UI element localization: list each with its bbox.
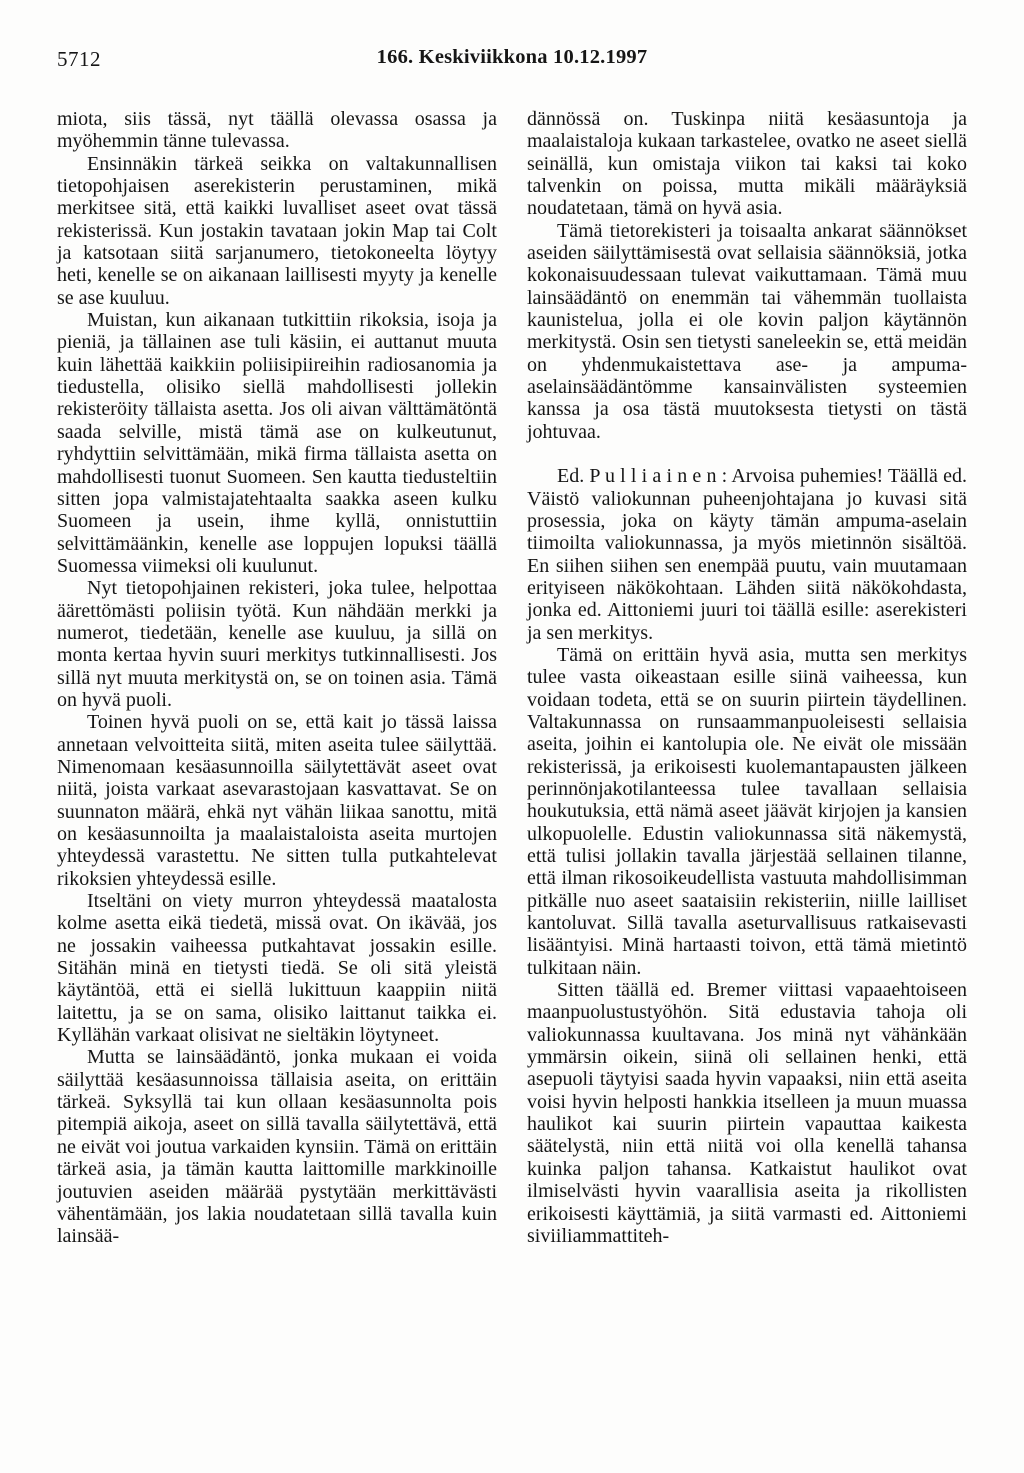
speech-paragraph: Ed. P u l l i a i n e n : Arvoisa puhemi…: [527, 465, 967, 644]
paragraph: Muistan, kun aikanaan tutkittiin rikoksi…: [57, 309, 497, 577]
document-page: 5712 166. Keskiviikkona 10.12.1997 miota…: [0, 0, 1024, 1473]
paragraph: Ensinnäkin tärkeä seikka on valtakunnall…: [57, 153, 497, 309]
paragraph: dännössä on. Tuskinpa niitä kesäasuntoja…: [527, 108, 967, 220]
paragraph: Mutta se lainsäädäntö, jonka mukaan ei v…: [57, 1046, 497, 1247]
right-column: dännössä on. Tuskinpa niitä kesäasuntoja…: [527, 108, 967, 1248]
text-columns: miota, siis tässä, nyt täällä olevassa o…: [57, 108, 967, 1248]
page-header: 5712 166. Keskiviikkona 10.12.1997: [0, 46, 1024, 76]
page-number: 5712: [57, 47, 101, 72]
left-column: miota, siis tässä, nyt täällä olevassa o…: [57, 108, 497, 1248]
paragraph: miota, siis tässä, nyt täällä olevassa o…: [57, 108, 497, 153]
paragraph: Tämä on erittäin hyvä asia, mutta sen me…: [527, 644, 967, 979]
session-header-title: 166. Keskiviikkona 10.12.1997: [0, 46, 1024, 69]
paragraph: Sitten täällä ed. Bremer viittasi vapaae…: [527, 979, 967, 1247]
paragraph: Itseltäni on viety murron yhteydessä maa…: [57, 890, 497, 1046]
paragraph: Tämä tietorekisteri ja toisaalta ankarat…: [527, 220, 967, 443]
paragraph: Nyt tietopohjainen rekisteri, joka tulee…: [57, 577, 497, 711]
paragraph: Toinen hyvä puoli on se, että kait jo tä…: [57, 711, 497, 890]
